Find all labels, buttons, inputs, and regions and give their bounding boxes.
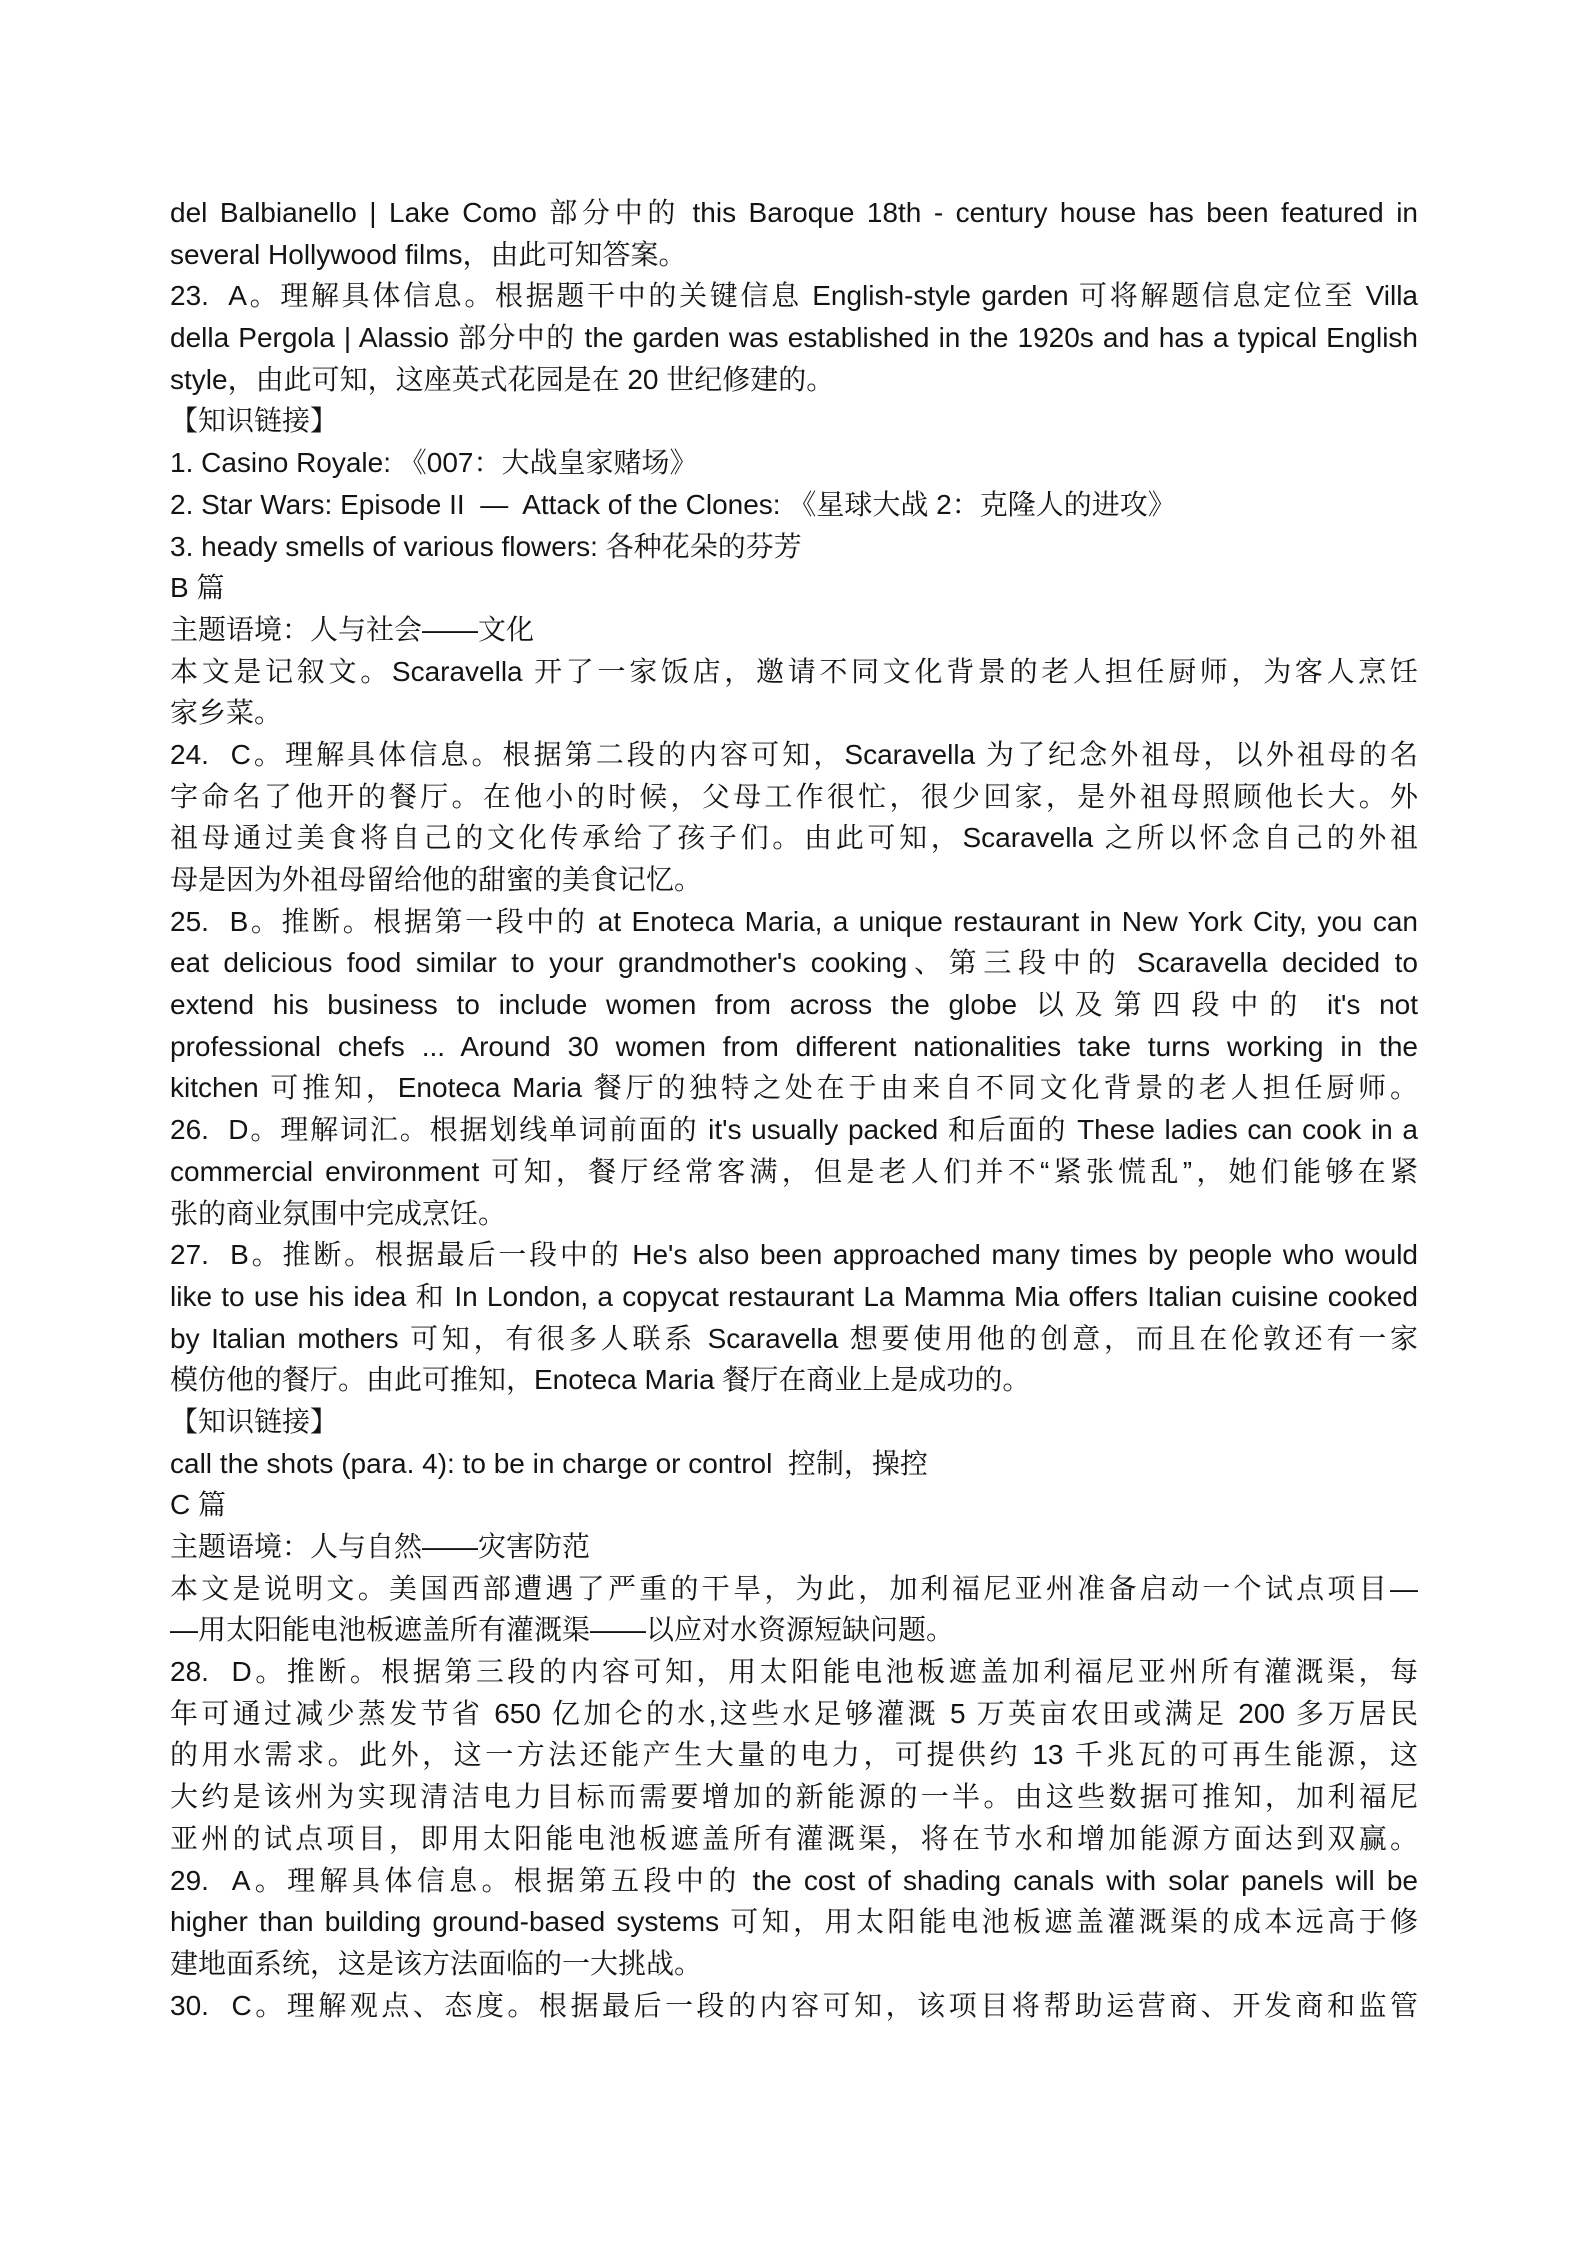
text-line: style，由此可知，这座英式花园是在 20 世纪修建的。: [170, 359, 1418, 401]
text-line: like to use his idea 和 In London, a copy…: [170, 1276, 1418, 1318]
text-line: 大约是该州为实现清洁电力目标而需要增加的新能源的一半。由这些数据可推知，加利福尼: [170, 1776, 1418, 1818]
text-line: 23. A。理解具体信息。根据题干中的关键信息 English-style ga…: [170, 275, 1418, 317]
text-line: call the shots (para. 4): to be in charg…: [170, 1443, 1418, 1485]
text-line: 张的商业氛围中完成烹饪。: [170, 1193, 1418, 1235]
text-line: 本文是记叙文。Scaravella 开了一家饭店，邀请不同文化背景的老人担任厨师…: [170, 651, 1418, 693]
text-line: —用太阳能电池板遮盖所有灌溉渠——以应对水资源短缺问题。: [170, 1609, 1418, 1651]
text-line: 亚州的试点项目，即用太阳能电池板遮盖所有灌溉渠，将在节水和增加能源方面达到双赢。: [170, 1818, 1418, 1860]
text-line: 家乡菜。: [170, 692, 1418, 734]
text-line: 年可通过减少蒸发节省 650 亿加仑的水,这些水足够灌溉 5 万英亩农田或满足 …: [170, 1693, 1418, 1735]
text-line: 1. Casino Royale: 《007：大战皇家赌场》: [170, 442, 1418, 484]
text-line: 本文是说明文。美国西部遭遇了严重的干旱，为此，加利福尼亚州准备启动一个试点项目—: [170, 1568, 1418, 1610]
text-line: della Pergola | Alassio 部分中的 the garden …: [170, 317, 1418, 359]
text-line: 29. A。理解具体信息。根据第五段中的 the cost of shading…: [170, 1860, 1418, 1902]
document-body: del Balbianello | Lake Como 部分中的 this Ba…: [170, 192, 1418, 2026]
text-line: several Hollywood films，由此可知答案。: [170, 234, 1418, 276]
text-line: higher than building ground-based system…: [170, 1901, 1418, 1943]
text-line: 3. heady smells of various flowers: 各种花朵…: [170, 526, 1418, 568]
text-line: professional chefs ... Around 30 women f…: [170, 1026, 1418, 1068]
text-line: 主题语境：人与自然——灾害防范: [170, 1526, 1418, 1568]
text-line: 建地面系统，这是该方法面临的一大挑战。: [170, 1943, 1418, 1985]
text-line: 主题语境：人与社会——文化: [170, 609, 1418, 651]
text-line: 【知识链接】: [170, 400, 1418, 442]
text-line: 祖母通过美食将自己的文化传承给了孩子们。由此可知，Scaravella 之所以怀…: [170, 817, 1418, 859]
text-line: extend his business to include women fro…: [170, 984, 1418, 1026]
text-line: 25. B。推断。根据第一段中的 at Enoteca Maria, a uni…: [170, 901, 1418, 943]
document-page: del Balbianello | Lake Como 部分中的 this Ba…: [0, 0, 1587, 2245]
text-line: 母是因为外祖母留给他的甜蜜的美食记忆。: [170, 859, 1418, 901]
text-line: kitchen 可推知，Enoteca Maria 餐厅的独特之处在于由来自不同…: [170, 1067, 1418, 1109]
text-line: C 篇: [170, 1484, 1418, 1526]
text-line: 模仿他的餐厅。由此可推知，Enoteca Maria 餐厅在商业上是成功的。: [170, 1359, 1418, 1401]
text-line: 26. D。理解词汇。根据划线单词前面的 it's usually packed…: [170, 1109, 1418, 1151]
text-line: 【知识链接】: [170, 1401, 1418, 1443]
text-line: 2. Star Wars: Episode II — Attack of the…: [170, 484, 1418, 526]
text-line: commercial environment 可知，餐厅经常客满，但是老人们并不…: [170, 1151, 1418, 1193]
text-line: 28. D。推断。根据第三段的内容可知，用太阳能电池板遮盖加利福尼亚州所有灌溉渠…: [170, 1651, 1418, 1693]
text-line: 字命名了他开的餐厅。在他小的时候，父母工作很忙，很少回家，是外祖母照顾他长大。外: [170, 776, 1418, 818]
text-line: 24. C。理解具体信息。根据第二段的内容可知，Scaravella 为了纪念外…: [170, 734, 1418, 776]
text-line: 的用水需求。此外，这一方法还能产生大量的电力，可提供约 13 千兆瓦的可再生能源…: [170, 1734, 1418, 1776]
text-line: B 篇: [170, 567, 1418, 609]
text-line: by Italian mothers 可知，有很多人联系 Scaravella …: [170, 1318, 1418, 1360]
text-line: eat delicious food similar to your grand…: [170, 942, 1418, 984]
text-line: del Balbianello | Lake Como 部分中的 this Ba…: [170, 192, 1418, 234]
text-line: 27. B。推断。根据最后一段中的 He's also been approac…: [170, 1234, 1418, 1276]
text-line: 30. C。理解观点、态度。根据最后一段的内容可知，该项目将帮助运营商、开发商和…: [170, 1985, 1418, 2027]
